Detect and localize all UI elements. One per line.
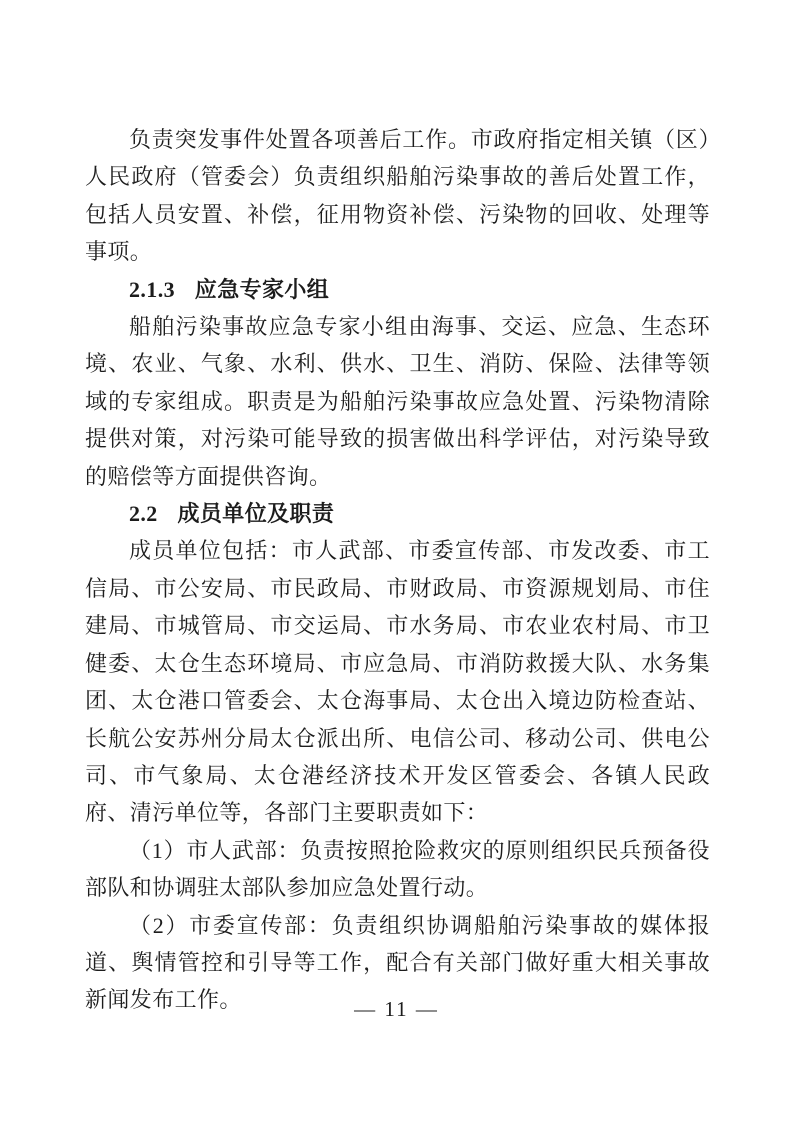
section-number: 2.1.3	[129, 277, 175, 302]
paragraph-member-units-list: 成员单位包括：市人武部、市委宣传部、市发改委、市工信局、市公安局、市民政局、市财…	[85, 532, 710, 831]
paragraph-aftermath-duties: 负责突发事件处置各项善后工作。市政府指定相关镇（区）人民政府（管委会）负责组织船…	[85, 121, 710, 271]
paragraph-duty-1-military: （1）市人武部：负责按照抢险救灾的原则组织民兵预备役部队和协调驻太部队参加应急处…	[85, 832, 710, 907]
section-title: 应急专家小组	[195, 277, 329, 302]
section-number: 2.2	[129, 501, 158, 526]
page-content: 负责突发事件处置各项善后工作。市政府指定相关镇（区）人民政府（管委会）负责组织船…	[85, 121, 710, 1019]
section-heading-emergency-expert-group: 2.1.3应急专家小组	[85, 271, 710, 308]
section-title: 成员单位及职责	[178, 501, 335, 526]
page-number: — 11 —	[0, 994, 793, 1024]
paragraph-expert-group-composition: 船舶污染事故应急专家小组由海事、交运、应急、生态环境、农业、气象、水利、供水、卫…	[85, 308, 710, 495]
document-page: 负责突发事件处置各项善后工作。市政府指定相关镇（区）人民政府（管委会）负责组织船…	[0, 0, 793, 1122]
section-heading-member-units: 2.2成员单位及职责	[85, 495, 710, 532]
